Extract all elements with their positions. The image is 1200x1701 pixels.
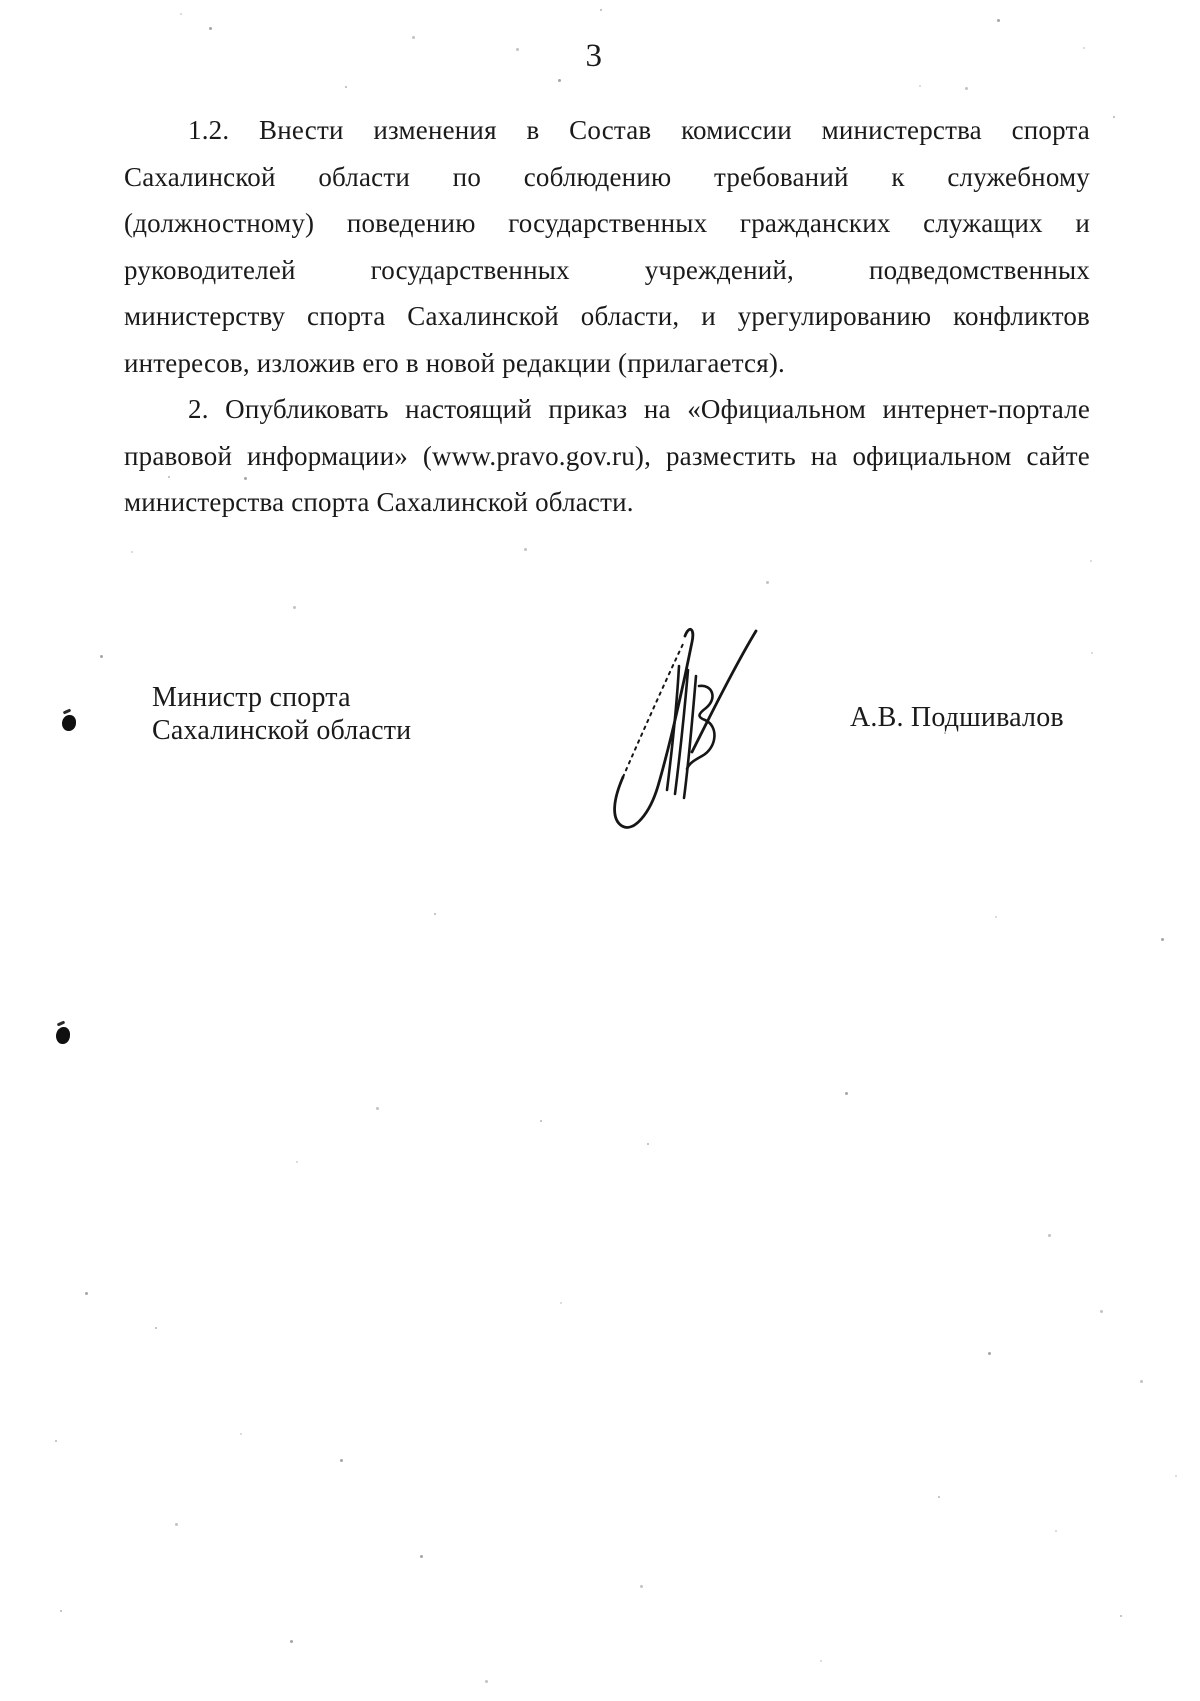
dust-speck <box>988 1352 991 1355</box>
dust-speck <box>420 1555 423 1558</box>
dust-speck <box>965 87 968 90</box>
body-line: министерства спорта Сахалинской области. <box>124 479 1090 526</box>
signer-position-line1: Министр спорта <box>152 681 411 714</box>
dust-speck <box>290 1640 293 1643</box>
signer-name: А.В. Подшивалов <box>850 701 1064 734</box>
dust-speck <box>376 1107 379 1110</box>
dust-speck <box>820 1660 822 1662</box>
body-line: руководителей государственных учреждений… <box>124 247 1090 294</box>
dust-speck <box>485 1680 488 1683</box>
document-body: 1.2. Внести изменения в Состав комиссии … <box>124 107 1090 526</box>
dust-speck <box>240 1433 242 1435</box>
dust-speck <box>1175 1475 1177 1477</box>
dust-speck <box>1055 1530 1057 1532</box>
body-line: министерству спорта Сахалинской области,… <box>124 293 1090 340</box>
dust-speck <box>1048 1234 1051 1237</box>
dust-speck <box>345 86 347 88</box>
dust-speck <box>155 1327 157 1329</box>
dust-speck <box>766 581 769 584</box>
dust-speck <box>85 1292 88 1295</box>
body-line: (должностному) поведению государственных… <box>124 200 1090 247</box>
body-line: правовой информации» (www.pravo.gov.ru),… <box>124 433 1090 480</box>
dust-speck <box>919 85 921 87</box>
scanned-document-page: 3 1.2. Внести изменения в Состав комисси… <box>0 0 1200 1701</box>
dust-speck <box>1161 938 1164 941</box>
body-line: Сахалинской области по соблюдению требов… <box>124 154 1090 201</box>
dust-speck <box>647 1143 649 1145</box>
signer-position: Министр спорта Сахалинской области <box>152 681 411 747</box>
body-line: 2. Опубликовать настоящий приказ на «Офи… <box>124 386 1090 433</box>
dust-speck <box>560 1302 562 1304</box>
dust-speck <box>540 1120 542 1122</box>
handwritten-signature-icon <box>598 620 768 835</box>
dust-speck <box>340 1459 343 1462</box>
dust-speck <box>997 19 1000 22</box>
dust-speck <box>558 79 561 82</box>
dust-speck <box>845 1092 848 1095</box>
dust-speck <box>524 548 527 551</box>
dust-speck <box>995 916 997 918</box>
dust-speck <box>1091 652 1093 654</box>
dust-speck <box>293 606 296 609</box>
dust-speck <box>1113 116 1115 118</box>
dust-speck <box>296 1161 298 1163</box>
ink-blot <box>62 715 76 731</box>
body-line: интересов, изложив его в новой редакции … <box>124 340 1090 387</box>
dust-speck <box>175 1523 178 1526</box>
dust-speck <box>1090 560 1092 562</box>
dust-speck <box>600 9 602 11</box>
dust-speck <box>180 13 182 15</box>
dust-speck <box>938 1496 940 1498</box>
body-line: 1.2. Внести изменения в Состав комиссии … <box>124 107 1090 154</box>
dust-speck <box>1140 1380 1143 1383</box>
dust-speck <box>131 551 133 553</box>
page-number: 3 <box>0 38 1188 75</box>
dust-speck <box>434 913 436 915</box>
dust-speck <box>209 27 212 30</box>
signer-position-line2: Сахалинской области <box>152 714 411 747</box>
dust-speck <box>60 1610 62 1612</box>
dust-speck <box>55 1440 57 1442</box>
dust-speck <box>640 1585 643 1588</box>
dust-speck <box>1120 1615 1122 1617</box>
dust-speck <box>100 655 103 658</box>
dust-speck <box>1100 1310 1103 1313</box>
ink-blot <box>56 1027 70 1044</box>
